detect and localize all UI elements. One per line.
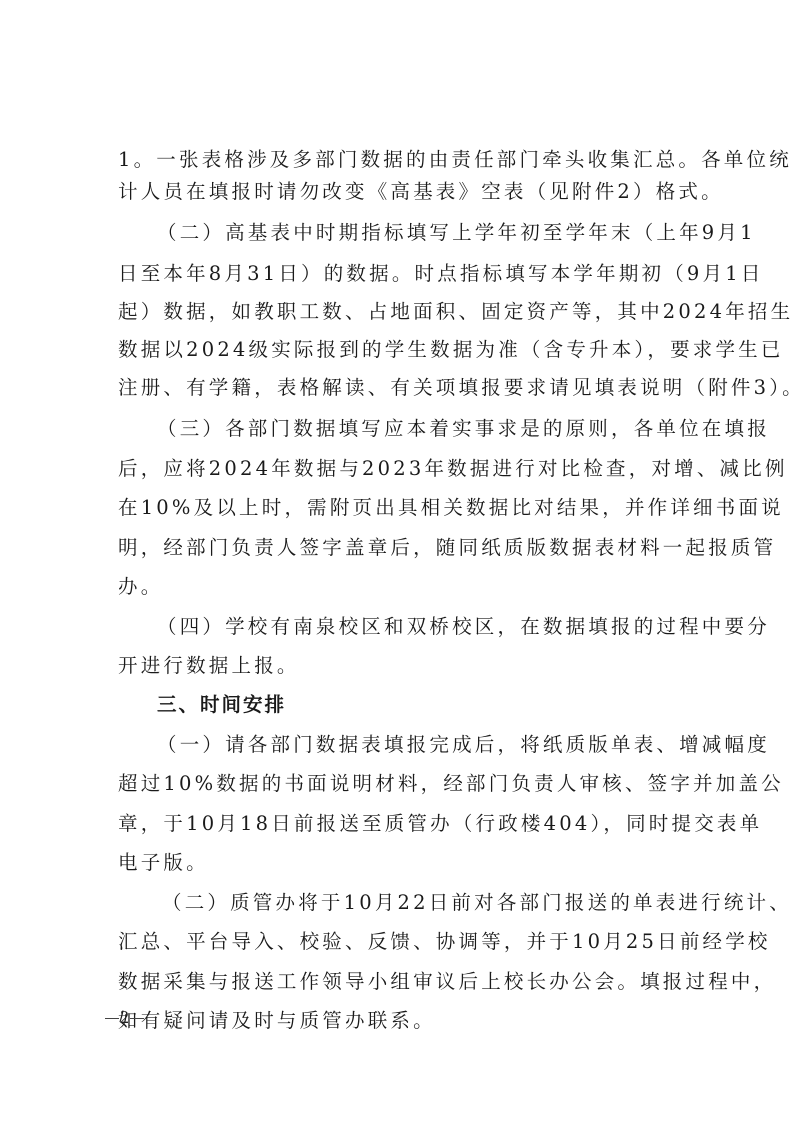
paragraph-line: 在10%及以上时，需附页出具相关数据比对结果，并作详细书面说	[118, 496, 710, 520]
paragraph-line: 数据以2024级实际报到的学生数据为准（含专升本），要求学生已	[118, 338, 710, 362]
dash-right	[130, 1018, 144, 1019]
page-number-value: 2	[120, 1007, 129, 1027]
paragraph-line: 办。	[118, 575, 710, 599]
section-heading: 三、时间安排	[157, 693, 710, 717]
paragraph-line: 日至本年8月31日）的数据。时点指标填写本学年期初（9月1日	[118, 262, 710, 286]
paragraph-line: 计人员在填报时请勿改变《高基表》空表（见附件2）格式。	[118, 180, 710, 204]
paragraph-line: 超过10%数据的书面说明材料，经部门负责人审核、签字并加盖公	[118, 772, 710, 796]
document-page: 1。一张表格涉及多部门数据的由责任部门牵头收集汇总。各单位统 计人员在填报时请勿…	[0, 0, 794, 1122]
dash-left	[105, 1018, 119, 1019]
paragraph-line: 电子版。	[118, 851, 710, 875]
paragraph-line: 明，经部门负责人签字盖章后，随同纸质版数据表材料一起报质管	[118, 536, 710, 560]
paragraph-line: 汇总、平台导入、校验、反馈、协调等，并于10月25日前经学校	[118, 930, 710, 954]
paragraph-line: 注册、有学籍，表格解读、有关项填报要求请见填表说明（附件3）。	[118, 376, 710, 400]
paragraph-line: 起）数据，如教职工数、占地面积、固定资产等，其中2024年招生	[118, 300, 710, 324]
paragraph-line: 数据采集与报送工作领导小组审议后上校长办公会。填报过程中，	[118, 970, 710, 994]
paragraph-line: 开进行数据上报。	[118, 654, 710, 678]
paragraph-line: 如有疑问请及时与质管办联系。	[118, 1009, 710, 1033]
paragraph-line: （四）学校有南泉校区和双桥校区，在数据填报的过程中要分	[157, 615, 710, 639]
paragraph-line: （一）请各部门数据表填报完成后，将纸质版单表、增减幅度	[157, 733, 710, 757]
paragraph-line: 后，应将2024年数据与2023年数据进行对比检查，对增、减比例	[118, 457, 710, 481]
paragraph-line: （三）各部门数据填写应本着实事求是的原则，各单位在填报	[157, 417, 710, 441]
paragraph-line: （二）高基表中时期指标填写上学年初至学年末（上年9月1	[157, 221, 710, 245]
paragraph-line: 章，于10月18日前报送至质管办（行政楼404），同时提交表单	[118, 812, 710, 836]
page-number: 2	[104, 1007, 145, 1028]
paragraph-line: （二）质管办将于10月22日前对各部门报送的单表进行统计、	[162, 891, 715, 915]
paragraph-line: 1。一张表格涉及多部门数据的由责任部门牵头收集汇总。各单位统	[118, 148, 710, 172]
